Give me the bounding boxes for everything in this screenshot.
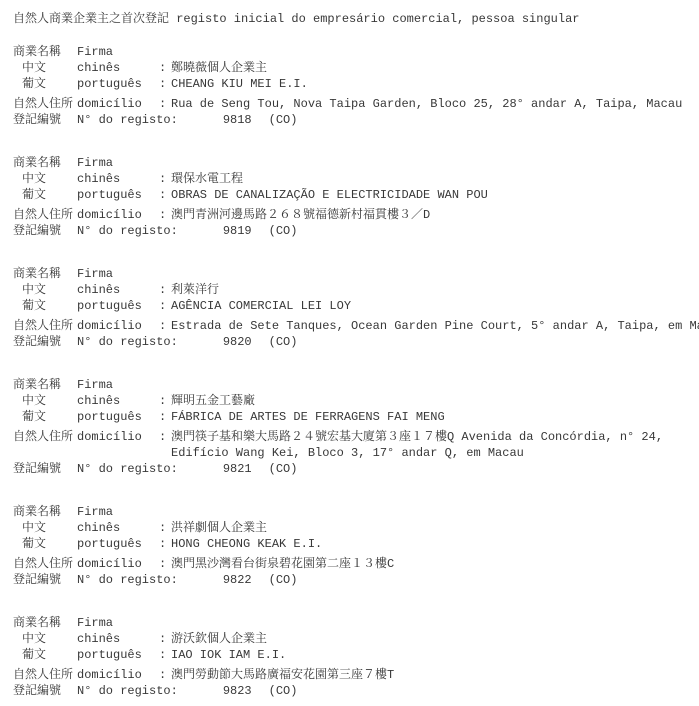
firma-label-pt: Firma [77,44,159,60]
business-name-portuguese: HONG CHEONG KEAK E.I. [171,536,695,552]
business-name-chinese: 鄭曉薇個人企業主 [171,60,695,76]
domicile-label-zh: 自然人住所 [13,207,77,223]
business-name-portuguese: OBRAS DE CANALIZAÇÃO E ELECTRICIDADE WAN… [171,187,695,203]
registration-number: 9821 [223,461,252,477]
registration-number-row: 登記編號 N° do registo: 9820 (CO) [13,334,695,350]
domicile-label-zh: 自然人住所 [13,96,77,112]
chinese-label-pt: chinês [77,393,159,409]
domicile-address: Estrada de Sete Tanques, Ocean Garden Pi… [171,318,699,334]
domicile-row: 自然人住所 domicílio : 澳門筷子基和樂大馬路２４號宏基大廈第３座１７… [13,429,695,445]
domicile-address: 澳門黑沙灣看台街泉碧花園第二座１３樓C [171,556,695,572]
regno-label-zh: 登記編號 [13,572,77,588]
colon-separator: : [159,393,171,409]
regno-label-pt: N° do registo: [77,683,178,699]
domicile-address: 澳門青洲河邊馬路２６８號福德新村福貫樓３／D [171,207,695,223]
firma-row: 商業名稱 Firma [13,615,695,631]
portuguese-label-zh: 葡文 [13,409,77,425]
registration-number-row: 登記編號 N° do registo: 9823 (CO) [13,683,695,699]
registration-number-row: 登記編號 N° do registo: 9822 (CO) [13,572,695,588]
chinese-name-row: 中文 chinês : 鄭曉薇個人企業主 [13,60,695,76]
domicile-label-pt: domicílio [77,207,159,223]
registration-entry: 商業名稱 Firma 中文 chinês : 洪祥劇個人企業主 葡文 portu… [13,504,695,588]
chinese-label-pt: chinês [77,60,159,76]
colon-separator: : [159,96,171,112]
regno-label-pt: N° do registo: [77,572,178,588]
colon-separator: : [159,647,171,663]
regno-label-zh: 登記編號 [13,112,77,128]
portuguese-label-pt: português [77,536,159,552]
business-name-portuguese: AGÊNCIA COMERCIAL LEI LOY [171,298,695,314]
regno-label-pt: N° do registo: [77,223,178,239]
portuguese-name-row: 葡文 português : AGÊNCIA COMERCIAL LEI LOY [13,298,695,314]
portuguese-label-pt: português [77,647,159,663]
domicile-row: 自然人住所 domicílio : 澳門青洲河邊馬路２６８號福德新村福貫樓３／D [13,207,695,223]
colon-separator: : [159,429,171,445]
regno-label-pt: N° do registo: [77,461,178,477]
chinese-label-pt: chinês [77,282,159,298]
firma-row: 商業名稱 Firma [13,377,695,393]
colon-separator: : [159,60,171,76]
domicile-row-line2: Edifício Wang Kei, Bloco 3, 17° andar Q,… [13,445,695,461]
domicile-address-line2: Edifício Wang Kei, Bloco 3, 17° andar Q,… [13,445,695,461]
business-name-chinese: 利萊洋行 [171,282,695,298]
business-name-portuguese: FÁBRICA DE ARTES DE FERRAGENS FAI MENG [171,409,695,425]
colon-separator: : [159,298,171,314]
chinese-name-row: 中文 chinês : 環保水電工程 [13,171,695,187]
colon-separator: : [159,187,171,203]
registration-number: 9818 [223,112,252,128]
portuguese-name-row: 葡文 português : FÁBRICA DE ARTES DE FERRA… [13,409,695,425]
portuguese-name-row: 葡文 português : IAO IOK IAM E.I. [13,647,695,663]
chinese-label-zh: 中文 [13,520,77,536]
registration-mark: (CO) [269,334,298,350]
domicile-label-zh: 自然人住所 [13,556,77,572]
domicile-address: Rua de Seng Tou, Nova Taipa Garden, Bloc… [171,96,695,112]
chinese-name-row: 中文 chinês : 洪祥劇個人企業主 [13,520,695,536]
firma-label-zh: 商業名稱 [13,44,77,60]
colon-separator: : [159,318,171,334]
portuguese-label-zh: 葡文 [13,536,77,552]
registration-number: 9819 [223,223,252,239]
registration-entry: 商業名稱 Firma 中文 chinês : 輝明五金工藝廠 葡文 portug… [13,377,695,477]
registration-number: 9823 [223,683,252,699]
registration-entry: 商業名稱 Firma 中文 chinês : 利萊洋行 葡文 português… [13,266,695,350]
registration-entries: 商業名稱 Firma 中文 chinês : 鄭曉薇個人企業主 葡文 portu… [13,44,695,699]
chinese-name-row: 中文 chinês : 輝明五金工藝廠 [13,393,695,409]
business-name-chinese: 游沃欽個人企業主 [171,631,695,647]
firma-label-pt: Firma [77,615,159,631]
registration-number-row: 登記編號 N° do registo: 9821 (CO) [13,461,695,477]
domicile-label-zh: 自然人住所 [13,667,77,683]
domicile-label-zh: 自然人住所 [13,318,77,334]
firma-label-pt: Firma [77,155,159,171]
colon-separator: : [159,667,171,683]
domicile-address: 澳門筷子基和樂大馬路２４號宏基大廈第３座１７樓Q Avenida da Conc… [171,429,695,445]
regno-label-pt: N° do registo: [77,112,178,128]
firma-label-pt: Firma [77,377,159,393]
chinese-name-row: 中文 chinês : 利萊洋行 [13,282,695,298]
chinese-label-zh: 中文 [13,60,77,76]
registration-number: 9820 [223,334,252,350]
firma-label-zh: 商業名稱 [13,377,77,393]
domicile-label-zh: 自然人住所 [13,429,77,445]
portuguese-name-row: 葡文 português : CHEANG KIU MEI E.I. [13,76,695,92]
chinese-label-pt: chinês [77,171,159,187]
colon-separator: : [159,207,171,223]
regno-label-zh: 登記編號 [13,223,77,239]
colon-separator: : [159,76,171,92]
firma-row: 商業名稱 Firma [13,44,695,60]
firma-row: 商業名稱 Firma [13,266,695,282]
portuguese-label-pt: português [77,76,159,92]
colon-separator: : [159,536,171,552]
registration-entry: 商業名稱 Firma 中文 chinês : 鄭曉薇個人企業主 葡文 portu… [13,44,695,128]
chinese-label-zh: 中文 [13,631,77,647]
colon-separator: : [159,282,171,298]
colon-separator: : [159,556,171,572]
registration-mark: (CO) [269,683,298,699]
registration-mark: (CO) [269,223,298,239]
firma-label-zh: 商業名稱 [13,155,77,171]
registration-mark: (CO) [269,461,298,477]
registration-entry: 商業名稱 Firma 中文 chinês : 環保水電工程 葡文 portugu… [13,155,695,239]
registration-number: 9822 [223,572,252,588]
document-page: 自然人商業企業主之首次登記 registo inicial do empresá… [0,0,699,699]
portuguese-label-pt: português [77,298,159,314]
registration-number-row: 登記編號 N° do registo: 9819 (CO) [13,223,695,239]
registration-mark: (CO) [269,112,298,128]
portuguese-label-pt: português [77,187,159,203]
domicile-row: 自然人住所 domicílio : Estrada de Sete Tanque… [13,318,695,334]
firma-label-pt: Firma [77,266,159,282]
portuguese-label-zh: 葡文 [13,187,77,203]
domicile-label-pt: domicílio [77,429,159,445]
firma-label-zh: 商業名稱 [13,266,77,282]
chinese-label-zh: 中文 [13,171,77,187]
portuguese-name-row: 葡文 português : HONG CHEONG KEAK E.I. [13,536,695,552]
chinese-label-zh: 中文 [13,393,77,409]
colon-separator: : [159,631,171,647]
regno-label-zh: 登記編號 [13,334,77,350]
chinese-label-zh: 中文 [13,282,77,298]
domicile-label-pt: domicílio [77,667,159,683]
regno-label-zh: 登記編號 [13,683,77,699]
domicile-row: 自然人住所 domicílio : 澳門勞動節大馬路廣福安花園第三座７樓T [13,667,695,683]
portuguese-label-zh: 葡文 [13,298,77,314]
portuguese-label-pt: português [77,409,159,425]
domicile-row: 自然人住所 domicílio : 澳門黑沙灣看台街泉碧花園第二座１３樓C [13,556,695,572]
chinese-label-pt: chinês [77,631,159,647]
chinese-name-row: 中文 chinês : 游沃欽個人企業主 [13,631,695,647]
registration-mark: (CO) [269,572,298,588]
portuguese-name-row: 葡文 português : OBRAS DE CANALIZAÇÃO E EL… [13,187,695,203]
registration-entry: 商業名稱 Firma 中文 chinês : 游沃欽個人企業主 葡文 portu… [13,615,695,699]
colon-separator: : [159,171,171,187]
colon-separator: : [159,520,171,536]
business-name-portuguese: IAO IOK IAM E.I. [171,647,695,663]
regno-label-zh: 登記編號 [13,461,77,477]
regno-label-pt: N° do registo: [77,334,178,350]
domicile-address: 澳門勞動節大馬路廣福安花園第三座７樓T [171,667,695,683]
registration-number-row: 登記編號 N° do registo: 9818 (CO) [13,112,695,128]
firma-label-zh: 商業名稱 [13,615,77,631]
domicile-label-pt: domicílio [77,556,159,572]
business-name-chinese: 洪祥劇個人企業主 [171,520,695,536]
firma-label-zh: 商業名稱 [13,504,77,520]
firma-row: 商業名稱 Firma [13,504,695,520]
page-title: 自然人商業企業主之首次登記 registo inicial do empresá… [13,11,695,27]
business-name-portuguese: CHEANG KIU MEI E.I. [171,76,695,92]
chinese-label-pt: chinês [77,520,159,536]
business-name-chinese: 環保水電工程 [171,171,695,187]
portuguese-label-zh: 葡文 [13,647,77,663]
domicile-label-pt: domicílio [77,96,159,112]
colon-separator: : [159,409,171,425]
domicile-label-pt: domicílio [77,318,159,334]
firma-label-pt: Firma [77,504,159,520]
portuguese-label-zh: 葡文 [13,76,77,92]
domicile-row: 自然人住所 domicílio : Rua de Seng Tou, Nova … [13,96,695,112]
business-name-chinese: 輝明五金工藝廠 [171,393,695,409]
firma-row: 商業名稱 Firma [13,155,695,171]
